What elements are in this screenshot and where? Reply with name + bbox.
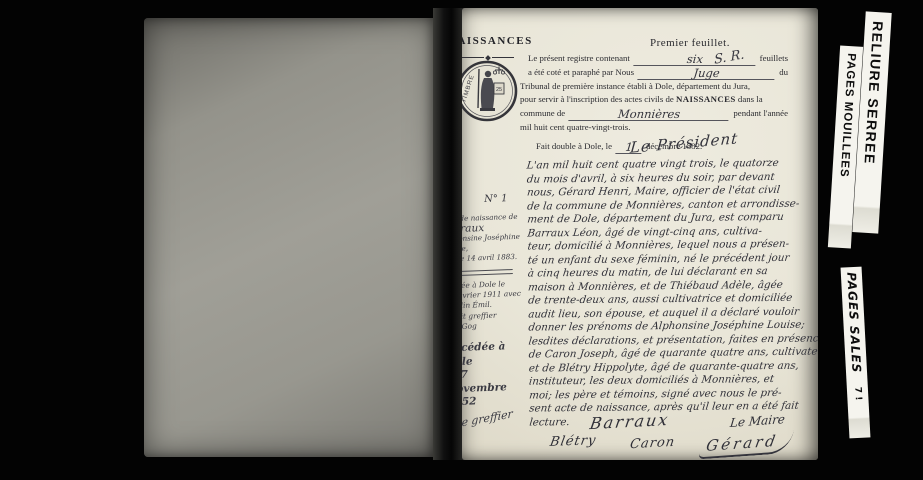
margin-annotations: N° 1 Acte de naissance deBarrauxAlphonsi… — [462, 193, 532, 425]
condition-label-pages-sales: PAGES SALES 7 ! — [841, 267, 871, 439]
death-margin-note: Décédée à Dolele 7 Novembre1952 — [462, 340, 531, 410]
mayor-flourish-signature: Gérard — [698, 431, 793, 460]
revenue-stamp-icon: TIMBRE 25 — [462, 58, 520, 124]
printed-text: du — [779, 66, 788, 80]
register-right-page: NAISSANCES Premier feuillet. S. R. TIMBR… — [462, 8, 818, 460]
act-title-line: née le 14 avril 1883. — [462, 252, 526, 265]
printed-text: Le présent registre contenant — [528, 52, 630, 66]
blank-left-page — [144, 18, 437, 457]
handwritten-fill-authority: Juge — [637, 67, 776, 80]
printed-text: dans la — [738, 94, 763, 104]
declaration-line: a été coté et paraphé par Nous Juge du — [520, 66, 788, 80]
death-note-line: Décédée à Dole — [462, 340, 530, 370]
witness2-signature: Caron — [629, 435, 676, 453]
handwritten-fill-sheets: six — [633, 53, 756, 66]
book-spine-gutter — [433, 8, 464, 460]
first-sheet-label: Premier feuillet. — [650, 37, 730, 49]
declaration-line: pour servir à l'inscription des actes ci… — [520, 93, 788, 107]
stamp-value-text: 25 — [496, 87, 502, 93]
condition-label-mark: 7 ! — [852, 387, 863, 401]
birth-act-body: L'an mil huit cent quatre vingt trois, l… — [527, 156, 818, 429]
declaration-line: Le présent registre contenant six feuill… — [520, 52, 788, 66]
printed-text: feuillets — [760, 52, 788, 66]
printed-acts-type: NAISSANCES — [676, 94, 736, 104]
printed-text: pour servir à l'inscription des actes ci… — [520, 94, 674, 104]
declaration-line: Tribunal de première instance établi à D… — [520, 80, 788, 94]
margin-divider — [462, 269, 513, 276]
handwritten-fill-commune: Monnières — [569, 108, 731, 121]
declaration-line: mil huit cent quatre-vingt-trois. — [520, 121, 788, 135]
marriage-margin-note: Mariée à Dole le27 février 1911 avecMoul… — [462, 279, 529, 333]
printed-text: Fait double à Dole, le — [536, 140, 612, 154]
condition-label-text: PAGES SALES — [844, 272, 863, 374]
condition-label-text: PAGES MOUILLEES — [838, 53, 858, 178]
section-title: NAISSANCES — [462, 35, 533, 47]
condition-label-text: RELIURE SERREE — [861, 21, 886, 166]
witness1-signature: Blétry — [549, 433, 598, 450]
printed-text: commune de — [520, 107, 565, 121]
printed-text: pendant l'année — [733, 107, 788, 121]
printed-text: a été coté et paraphé par Nous — [528, 66, 634, 80]
act-number: N° 1 — [484, 193, 524, 205]
father-signature: Barraux — [589, 410, 671, 433]
marriage-note-line: Adj. Gog — [462, 319, 529, 332]
declaration-line: commune de Monnières pendant l'année — [520, 107, 788, 121]
act-title: Acte de naissance deBarrauxAlphonsine Jo… — [462, 212, 526, 265]
death-note-line: le 7 Novembre — [462, 367, 531, 397]
microfilm-scan-background: NAISSANCES Premier feuillet. S. R. TIMBR… — [0, 0, 923, 480]
